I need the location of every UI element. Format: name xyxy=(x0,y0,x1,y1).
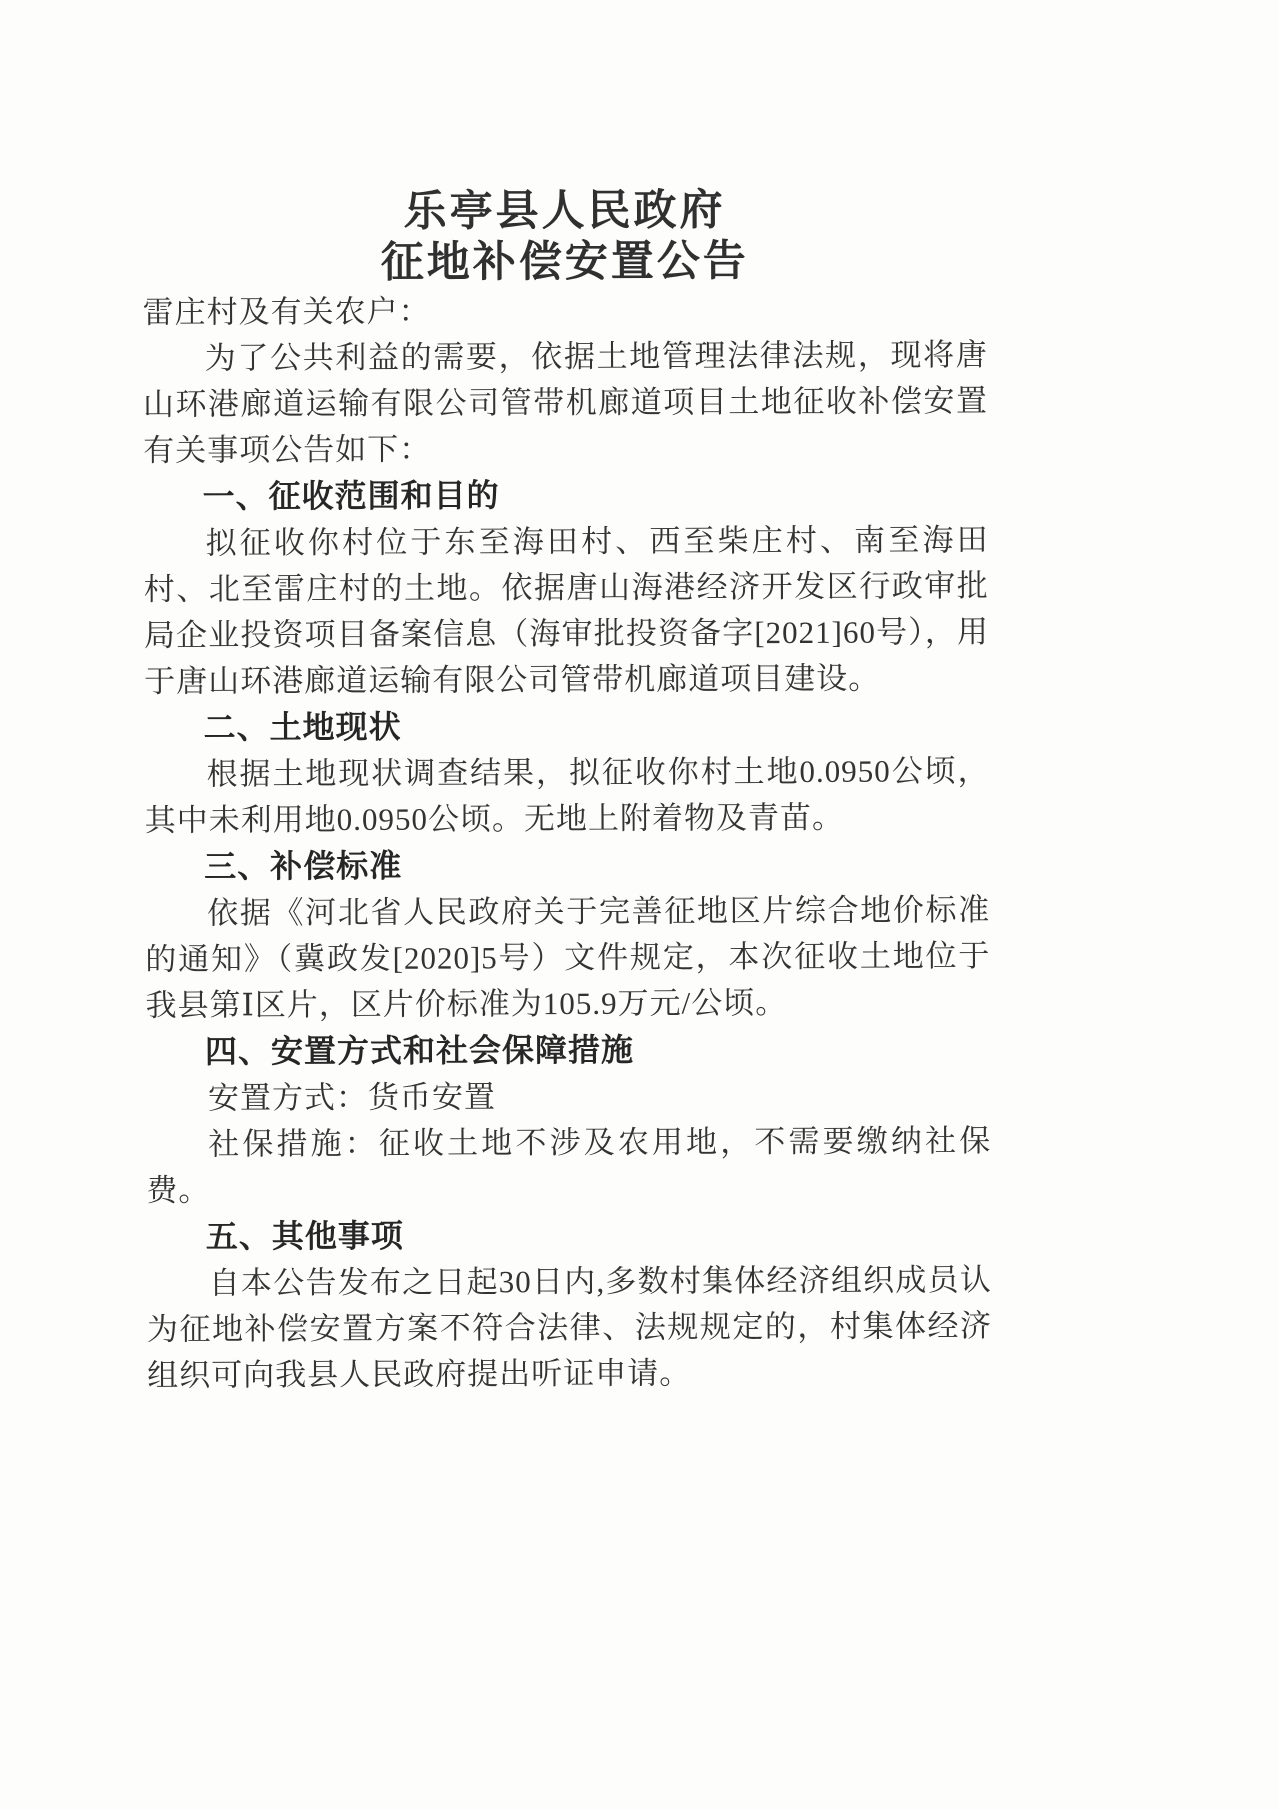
section-3-heading: 三、补偿标准 xyxy=(145,840,990,891)
section-4-paragraph-resettlement: 安置方式：货币安置 xyxy=(146,1072,991,1122)
document-content: 乐亭县人民政府 征地补偿安置公告 雷庄村及有关农户： 为了公共利益的需要，依据土… xyxy=(142,184,992,1399)
title-line-2: 征地补偿安置公告 xyxy=(142,235,987,290)
section-4-paragraph-social-security: 社保措施：征收土地不涉及农用地，不需要缴纳社保费。 xyxy=(146,1118,991,1214)
section-2-paragraph: 根据土地现状调查结果，拟征收你村土地0.0950公顷，其中未利用地0.0950公… xyxy=(144,748,989,844)
section-3-paragraph: 依据《河北省人民政府关于完善征地区片综合地价标准的通知》（冀政发[2020]5号… xyxy=(145,887,991,1029)
document-title: 乐亭县人民政府 征地补偿安置公告 xyxy=(142,184,987,290)
section-2-heading: 二、土地现状 xyxy=(144,701,989,752)
intro-paragraph: 为了公共利益的需要，依据土地管理法律法规，现将唐山环港廊道运输有限公司管带机廊道… xyxy=(143,332,989,474)
salutation: 雷庄村及有关农户： xyxy=(142,286,987,336)
title-line-1: 乐亭县人民政府 xyxy=(142,184,987,239)
section-1-paragraph: 拟征收你村位于东至海田村、西至柴庄村、南至海田村、北至雷庄村的土地。依据唐山海港… xyxy=(143,517,989,705)
section-5-paragraph: 自本公告发布之日起30日内,多数村集体经济组织成员认为征地补偿安置方案不符合法律… xyxy=(147,1257,993,1399)
document-page: 乐亭县人民政府 征地补偿安置公告 雷庄村及有关农户： 为了公共利益的需要，依据土… xyxy=(0,0,1279,1810)
section-1-heading: 一、征收范围和目的 xyxy=(143,470,988,521)
section-4-heading: 四、安置方式和社会保障措施 xyxy=(146,1025,991,1076)
section-5-heading: 五、其他事项 xyxy=(146,1210,991,1261)
